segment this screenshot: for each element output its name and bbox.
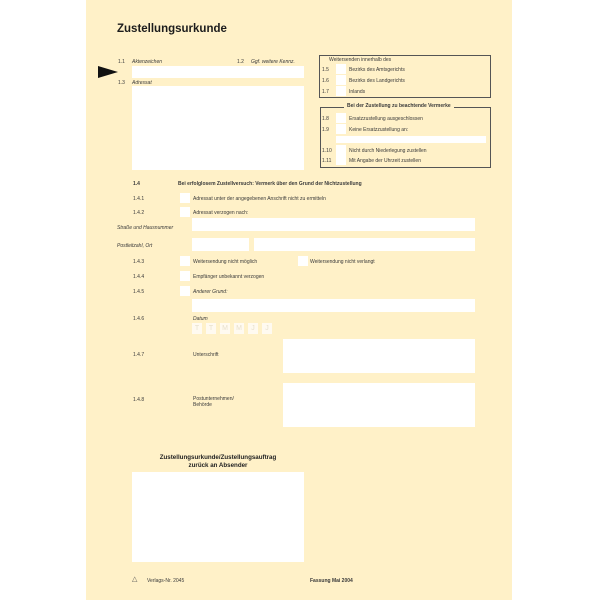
field-1-10-number: 1.10: [322, 148, 332, 154]
version-label: Fassung Mai 2004: [310, 578, 353, 584]
date-day-2[interactable]: T: [206, 323, 216, 334]
street-input[interactable]: [192, 218, 475, 231]
field-1-9-label: Keine Ersatzzustellung an:: [349, 127, 408, 133]
other-reason-input[interactable]: [192, 299, 475, 312]
forwarding-heading: Weitersenden innerhalb des: [329, 57, 391, 63]
field-1-4-1-number: 1.4.1: [133, 196, 144, 202]
checkbox-1-9[interactable]: [336, 124, 346, 134]
checkbox-1-4-5[interactable]: [180, 286, 190, 296]
city-input[interactable]: [254, 238, 475, 251]
file-reference-input[interactable]: [132, 66, 304, 78]
field-1-4-2-label: Adressat verzogen nach:: [193, 210, 248, 216]
field-1-7-label: Inlands: [349, 89, 365, 95]
field-1-6-label: Bezirks des Landgerichts: [349, 78, 405, 84]
field-1-4-8-number: 1.4.8: [133, 397, 144, 403]
arrow-marker-icon: [98, 66, 118, 78]
checkbox-1-10[interactable]: [336, 145, 346, 155]
field-1-2-label: Ggf. weitere Kennz.: [251, 59, 295, 65]
field-1-8-number: 1.8: [322, 116, 329, 122]
field-1-4-3a-label: Weitersendung nicht möglich: [193, 259, 257, 265]
field-1-4-3b-label: Weitersendung nicht verlangt: [310, 259, 375, 265]
addressee-input[interactable]: [132, 86, 304, 170]
checkbox-1-4-4[interactable]: [180, 271, 190, 281]
page-title: Zustellungsurkunde: [117, 23, 227, 35]
publisher-number: Verlags-Nr. 2045: [147, 578, 184, 584]
checkbox-1-4-2[interactable]: [180, 207, 190, 217]
field-1-5-number: 1.5: [322, 67, 329, 73]
date-label: Datum: [193, 316, 208, 322]
checkbox-1-6[interactable]: [336, 75, 346, 85]
field-1-1-label: Aktenzeichen: [132, 59, 162, 65]
checkbox-1-7[interactable]: [336, 86, 346, 96]
signature-input[interactable]: [283, 339, 475, 373]
date-input-group: T T M M J J: [192, 323, 272, 334]
publisher-logo-icon: △: [132, 575, 137, 583]
field-1-1-number: 1.1: [118, 59, 125, 65]
field-1-7-number: 1.7: [322, 89, 329, 95]
zip-city-label: Postleitzahl, Ort: [117, 243, 152, 249]
checkbox-1-4-1[interactable]: [180, 193, 190, 203]
date-year-2[interactable]: J: [262, 323, 272, 334]
field-1-4-number: 1.4: [133, 181, 140, 187]
field-1-11-label: Mit Angabe der Uhrzeit zustellen: [349, 158, 421, 164]
checkbox-1-4-3b[interactable]: [298, 256, 308, 266]
field-1-9-number: 1.9: [322, 127, 329, 133]
field-1-10-label: Nicht durch Niederlegung zustellen: [349, 148, 427, 154]
field-1-4-6-number: 1.4.6: [133, 316, 144, 322]
field-1-11-number: 1.11: [322, 158, 331, 164]
no-substitute-input[interactable]: [336, 136, 486, 143]
postal-company-label-2: Behörde: [193, 402, 212, 408]
return-title: Zustellungsurkunde/Zustellungsauftrag zu…: [132, 454, 304, 469]
failed-delivery-heading: Bei erfolglosem Zustellversuch: Vermerk …: [178, 181, 362, 187]
checkbox-1-5[interactable]: [336, 64, 346, 74]
field-1-8-label: Ersatzzustellung ausgeschlossen: [349, 116, 423, 122]
field-1-4-5-label: Anderer Grund:: [193, 289, 227, 295]
field-1-4-5-number: 1.4.5: [133, 289, 144, 295]
date-month-1[interactable]: M: [220, 323, 230, 334]
field-1-4-2-number: 1.4.2: [133, 210, 144, 216]
field-1-4-1-label: Adressat unter der angegebenen Anschrift…: [193, 196, 326, 202]
postal-company-input[interactable]: [283, 383, 475, 427]
zip-input[interactable]: [192, 238, 249, 251]
sender-address-input[interactable]: [132, 472, 304, 562]
checkbox-1-8[interactable]: [336, 113, 346, 123]
field-1-5-label: Bezirks des Amtsgerichts: [349, 67, 405, 73]
remarks-heading: Bei der Zustellung zu beachtende Vermerk…: [344, 103, 454, 109]
checkbox-1-11[interactable]: [336, 155, 346, 165]
return-title-line-1: Zustellungsurkunde/Zustellungsauftrag: [132, 454, 304, 462]
return-title-line-2: zurück an Absender: [132, 462, 304, 470]
field-1-4-7-number: 1.4.7: [133, 352, 144, 358]
checkbox-1-4-3a[interactable]: [180, 256, 190, 266]
field-1-2-number: 1.2: [237, 59, 244, 65]
field-1-3-number: 1.3: [118, 80, 125, 86]
date-year-1[interactable]: J: [248, 323, 258, 334]
date-month-2[interactable]: M: [234, 323, 244, 334]
signature-label: Unterschrift: [193, 352, 219, 358]
field-1-4-4-label: Empfänger unbekannt verzogen: [193, 274, 264, 280]
street-label: Straße und Hausnummer: [117, 225, 173, 231]
field-1-4-3-number: 1.4.3: [133, 259, 144, 265]
date-day-1[interactable]: T: [192, 323, 202, 334]
field-1-4-4-number: 1.4.4: [133, 274, 144, 280]
field-1-6-number: 1.6: [322, 78, 329, 84]
